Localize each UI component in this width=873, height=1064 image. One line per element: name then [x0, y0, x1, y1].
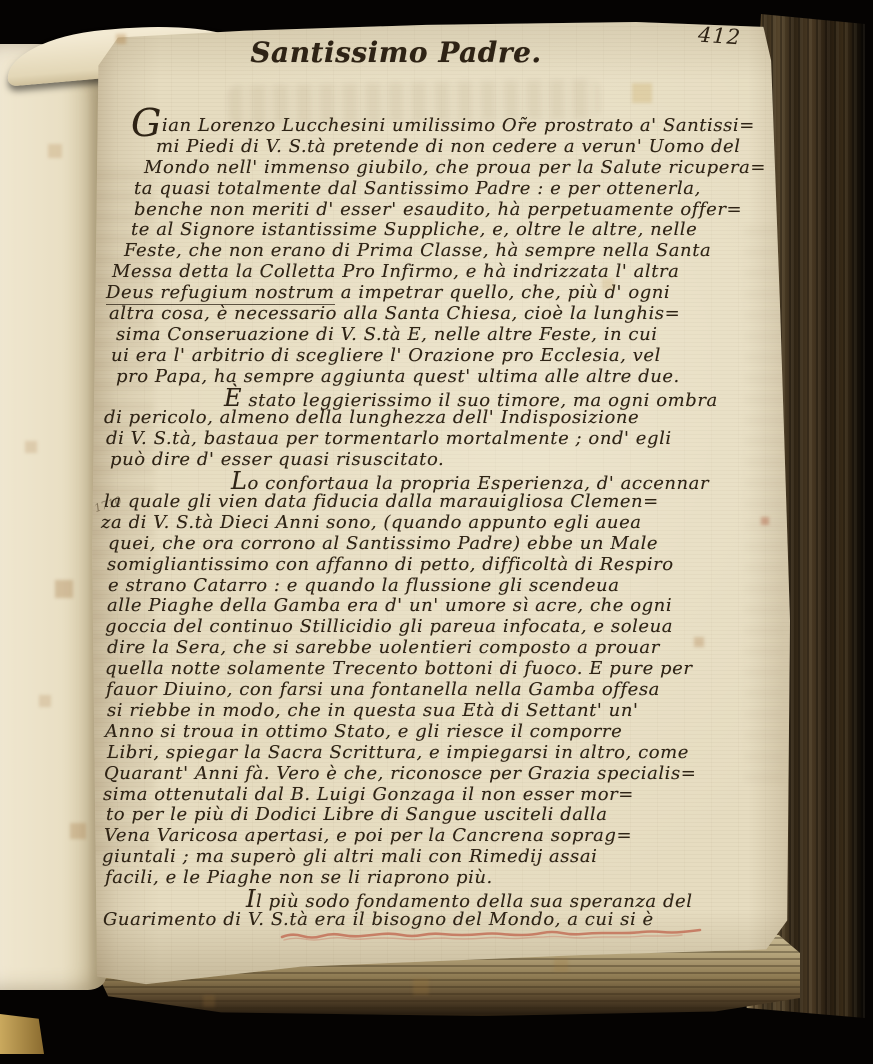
text-line: quella notte solamente Trecento bottoni …: [105, 659, 784, 680]
text-line: Anno si troua in ottimo Stato, e gli rie…: [105, 722, 784, 743]
cover-corner: [0, 1014, 44, 1054]
underlined-phrase: Deus refugium nostrum: [106, 282, 335, 305]
text-line: facili, e le Piaghe non se li riaprono p…: [105, 868, 784, 889]
text-line: te al Signore istantissime Suppliche, e,…: [131, 220, 784, 241]
folio-number: 412: [697, 23, 742, 50]
text-line: goccia del continuo Stillicidio gli pare…: [105, 617, 784, 638]
text-line: Lo confortaua la propria Esperienza, d' …: [231, 471, 784, 492]
text-line: benche non meriti d' esser' esaudito, hà…: [134, 200, 784, 221]
manuscript-page: Santissimo Padre. 412 1710 Gian Lorenzo …: [90, 22, 790, 988]
text-line: ui era l' arbitrio di scegliere l' Orazi…: [111, 346, 784, 367]
previous-page-sliver: [0, 44, 106, 990]
text-line: Gian Lorenzo Lucchesini umilissimo Or̃e …: [131, 116, 784, 137]
page-title: Santissimo Padre.: [90, 36, 702, 69]
text-line: ta quasi totalmente dal Santissimo Padre…: [134, 179, 784, 200]
text-line: può dire d' esser quasi risuscitato.: [110, 450, 784, 471]
text-line: quei, che ora corrono al Santissimo Padr…: [108, 534, 784, 555]
text-line: altra cosa, è necessario alla Santa Chie…: [109, 304, 784, 325]
text-line: di V. S.tà, bastaua per tormentarlo mort…: [106, 429, 784, 450]
red-chalk-underline: [280, 928, 720, 946]
text-line: si riebbe in modo, che in questa sua Età…: [107, 701, 784, 722]
text-line: alle Piaghe della Gamba era d' un' umore…: [107, 596, 784, 617]
text-line: la quale gli vien data fiducia dalla mar…: [104, 492, 784, 513]
text-line: giuntali ; ma superò gli altri mali con …: [102, 847, 784, 868]
text-line: pro Papa, ha sempre aggiunta quest' ulti…: [116, 367, 784, 388]
text-line: dire la Sera, che si sarebbe uolentieri …: [107, 638, 784, 659]
text-line: mi Piedi di V. S.tà pretende di non cede…: [156, 137, 784, 158]
text-line: sima ottenutali dal B. Luigi Gonzaga il …: [103, 785, 784, 806]
text-line: to per le più di Dodici Libre di Sangue …: [106, 805, 784, 826]
text-line: Deus refugium nostrum a impetrar quello,…: [106, 283, 784, 304]
text-line: za di V. S.tà Dieci Anni sono, (quando a…: [101, 513, 784, 534]
text-line: Quarant' Anni fà. Vero è che, riconosce …: [104, 764, 784, 785]
text-line: Libri, spiegar la Sacra Scrittura, e imp…: [107, 743, 784, 764]
text-line: di pericolo, almeno della lunghezza dell…: [104, 408, 784, 429]
text-line: e strano Catarro : e quando la flussione…: [108, 576, 784, 597]
text-line: Messa detta la Colletta Pro Infirmo, e h…: [112, 262, 784, 283]
text-line: sima Conseruazione di V. S.tà E, nelle a…: [116, 325, 784, 346]
text-line: Mondo nell' immenso giubilo, che proua p…: [144, 158, 784, 179]
text-line: somigliantissimo con affanno di petto, d…: [107, 555, 784, 576]
text-line: Vena Varicosa apertasi, e poi per la Can…: [104, 826, 784, 847]
text-line: fauor Diuino, con farsi una fontanella n…: [106, 680, 784, 701]
text-line: È stato leggierissimo il suo timore, ma …: [224, 388, 784, 409]
photographed-manuscript-scene: Santissimo Padre. 412 1710 Gian Lorenzo …: [0, 0, 873, 1064]
foxing-stains: [0, 0, 2, 2]
text-line: Il più sodo fondamento della sua speranz…: [246, 889, 784, 910]
text-line: Feste, che non erano di Prima Classe, hà…: [124, 241, 784, 262]
text-block: Gian Lorenzo Lucchesini umilissimo Or̃e …: [98, 116, 784, 931]
